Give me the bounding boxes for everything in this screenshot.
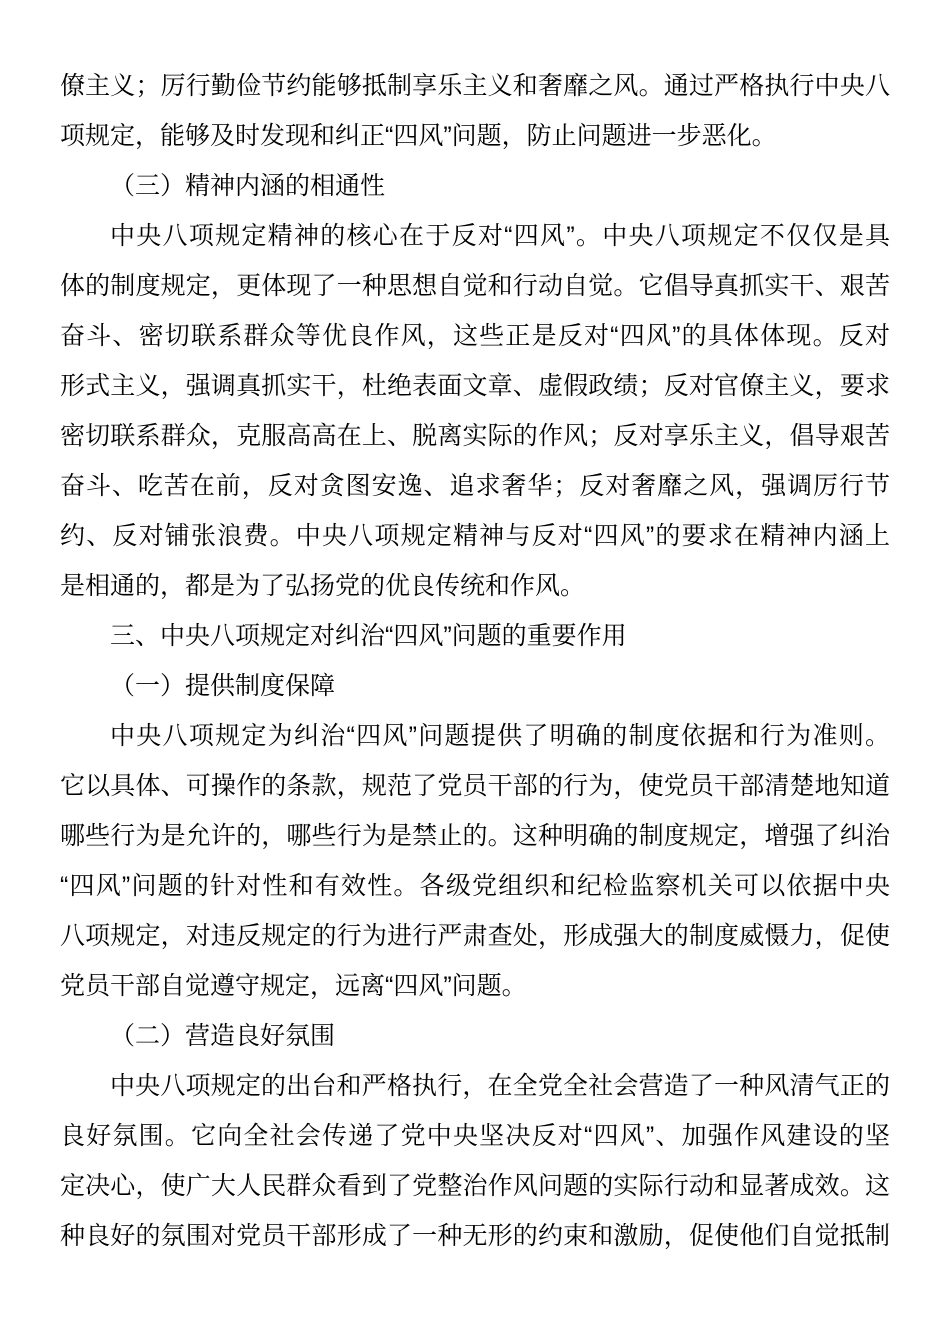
text-line: 三、中央八项规定对纠治“四风”问题的重要作用 [60, 611, 890, 661]
text-line: “四风”问题的针对性和有效性。各级党组织和纪检监察机关可以依据中央 [60, 861, 890, 911]
text-line: 形式主义，强调真抓实干，杜绝表面文章、虚假政绩；反对官僚主义，要求 [60, 361, 890, 411]
document-body: 僚主义；厉行勤俭节约能够抵制享乐主义和奢靡之风。通过严格执行中央八项规定，能够及… [60, 61, 890, 1261]
text-line: （二）营造良好氛围 [60, 1011, 890, 1061]
text-line: 奋斗、吃苦在前，反对贪图安逸、追求奢华；反对奢靡之风，强调厉行节 [60, 461, 890, 511]
text-line: 项规定，能够及时发现和纠正“四风”问题，防止问题进一步恶化。 [60, 111, 890, 161]
text-line: 约、反对铺张浪费。中央八项规定精神与反对“四风”的要求在精神内涵上 [60, 511, 890, 561]
text-line: 奋斗、密切联系群众等优良作风，这些正是反对“四风”的具体体现。反对 [60, 311, 890, 361]
text-line: 中央八项规定的出台和严格执行，在全党全社会营造了一种风清气正的 [60, 1061, 890, 1111]
text-line: 体的制度规定，更体现了一种思想自觉和行动自觉。它倡导真抓实干、艰苦 [60, 261, 890, 311]
text-line: 是相通的，都是为了弘扬党的优良传统和作风。 [60, 561, 890, 611]
text-line: 种良好的氛围对党员干部形成了一种无形的约束和激励，促使他们自觉抵制 [60, 1211, 890, 1261]
text-line: 八项规定，对违反规定的行为进行严肃查处，形成强大的制度威慑力，促使 [60, 911, 890, 961]
text-line: 党员干部自觉遵守规定，远离“四风”问题。 [60, 961, 890, 1011]
text-line: 定决心，使广大人民群众看到了党整治作风问题的实际行动和显著成效。这 [60, 1161, 890, 1211]
text-line: 它以具体、可操作的条款，规范了党员干部的行为，使党员干部清楚地知道 [60, 761, 890, 811]
text-line: 良好氛围。它向全社会传递了党中央坚决反对“四风”、加强作风建设的坚 [60, 1111, 890, 1161]
document-page: 僚主义；厉行勤俭节约能够抵制享乐主义和奢靡之风。通过严格执行中央八项规定，能够及… [0, 0, 950, 1344]
text-line: （三）精神内涵的相通性 [60, 161, 890, 211]
text-line: 密切联系群众，克服高高在上、脱离实际的作风；反对享乐主义，倡导艰苦 [60, 411, 890, 461]
text-line: 哪些行为是允许的，哪些行为是禁止的。这种明确的制度规定，增强了纠治 [60, 811, 890, 861]
text-line: 僚主义；厉行勤俭节约能够抵制享乐主义和奢靡之风。通过严格执行中央八 [60, 61, 890, 111]
text-line: （一）提供制度保障 [60, 661, 890, 711]
text-line: 中央八项规定精神的核心在于反对“四风”。中央八项规定不仅仅是具 [60, 211, 890, 261]
text-line: 中央八项规定为纠治“四风”问题提供了明确的制度依据和行为准则。 [60, 711, 890, 761]
